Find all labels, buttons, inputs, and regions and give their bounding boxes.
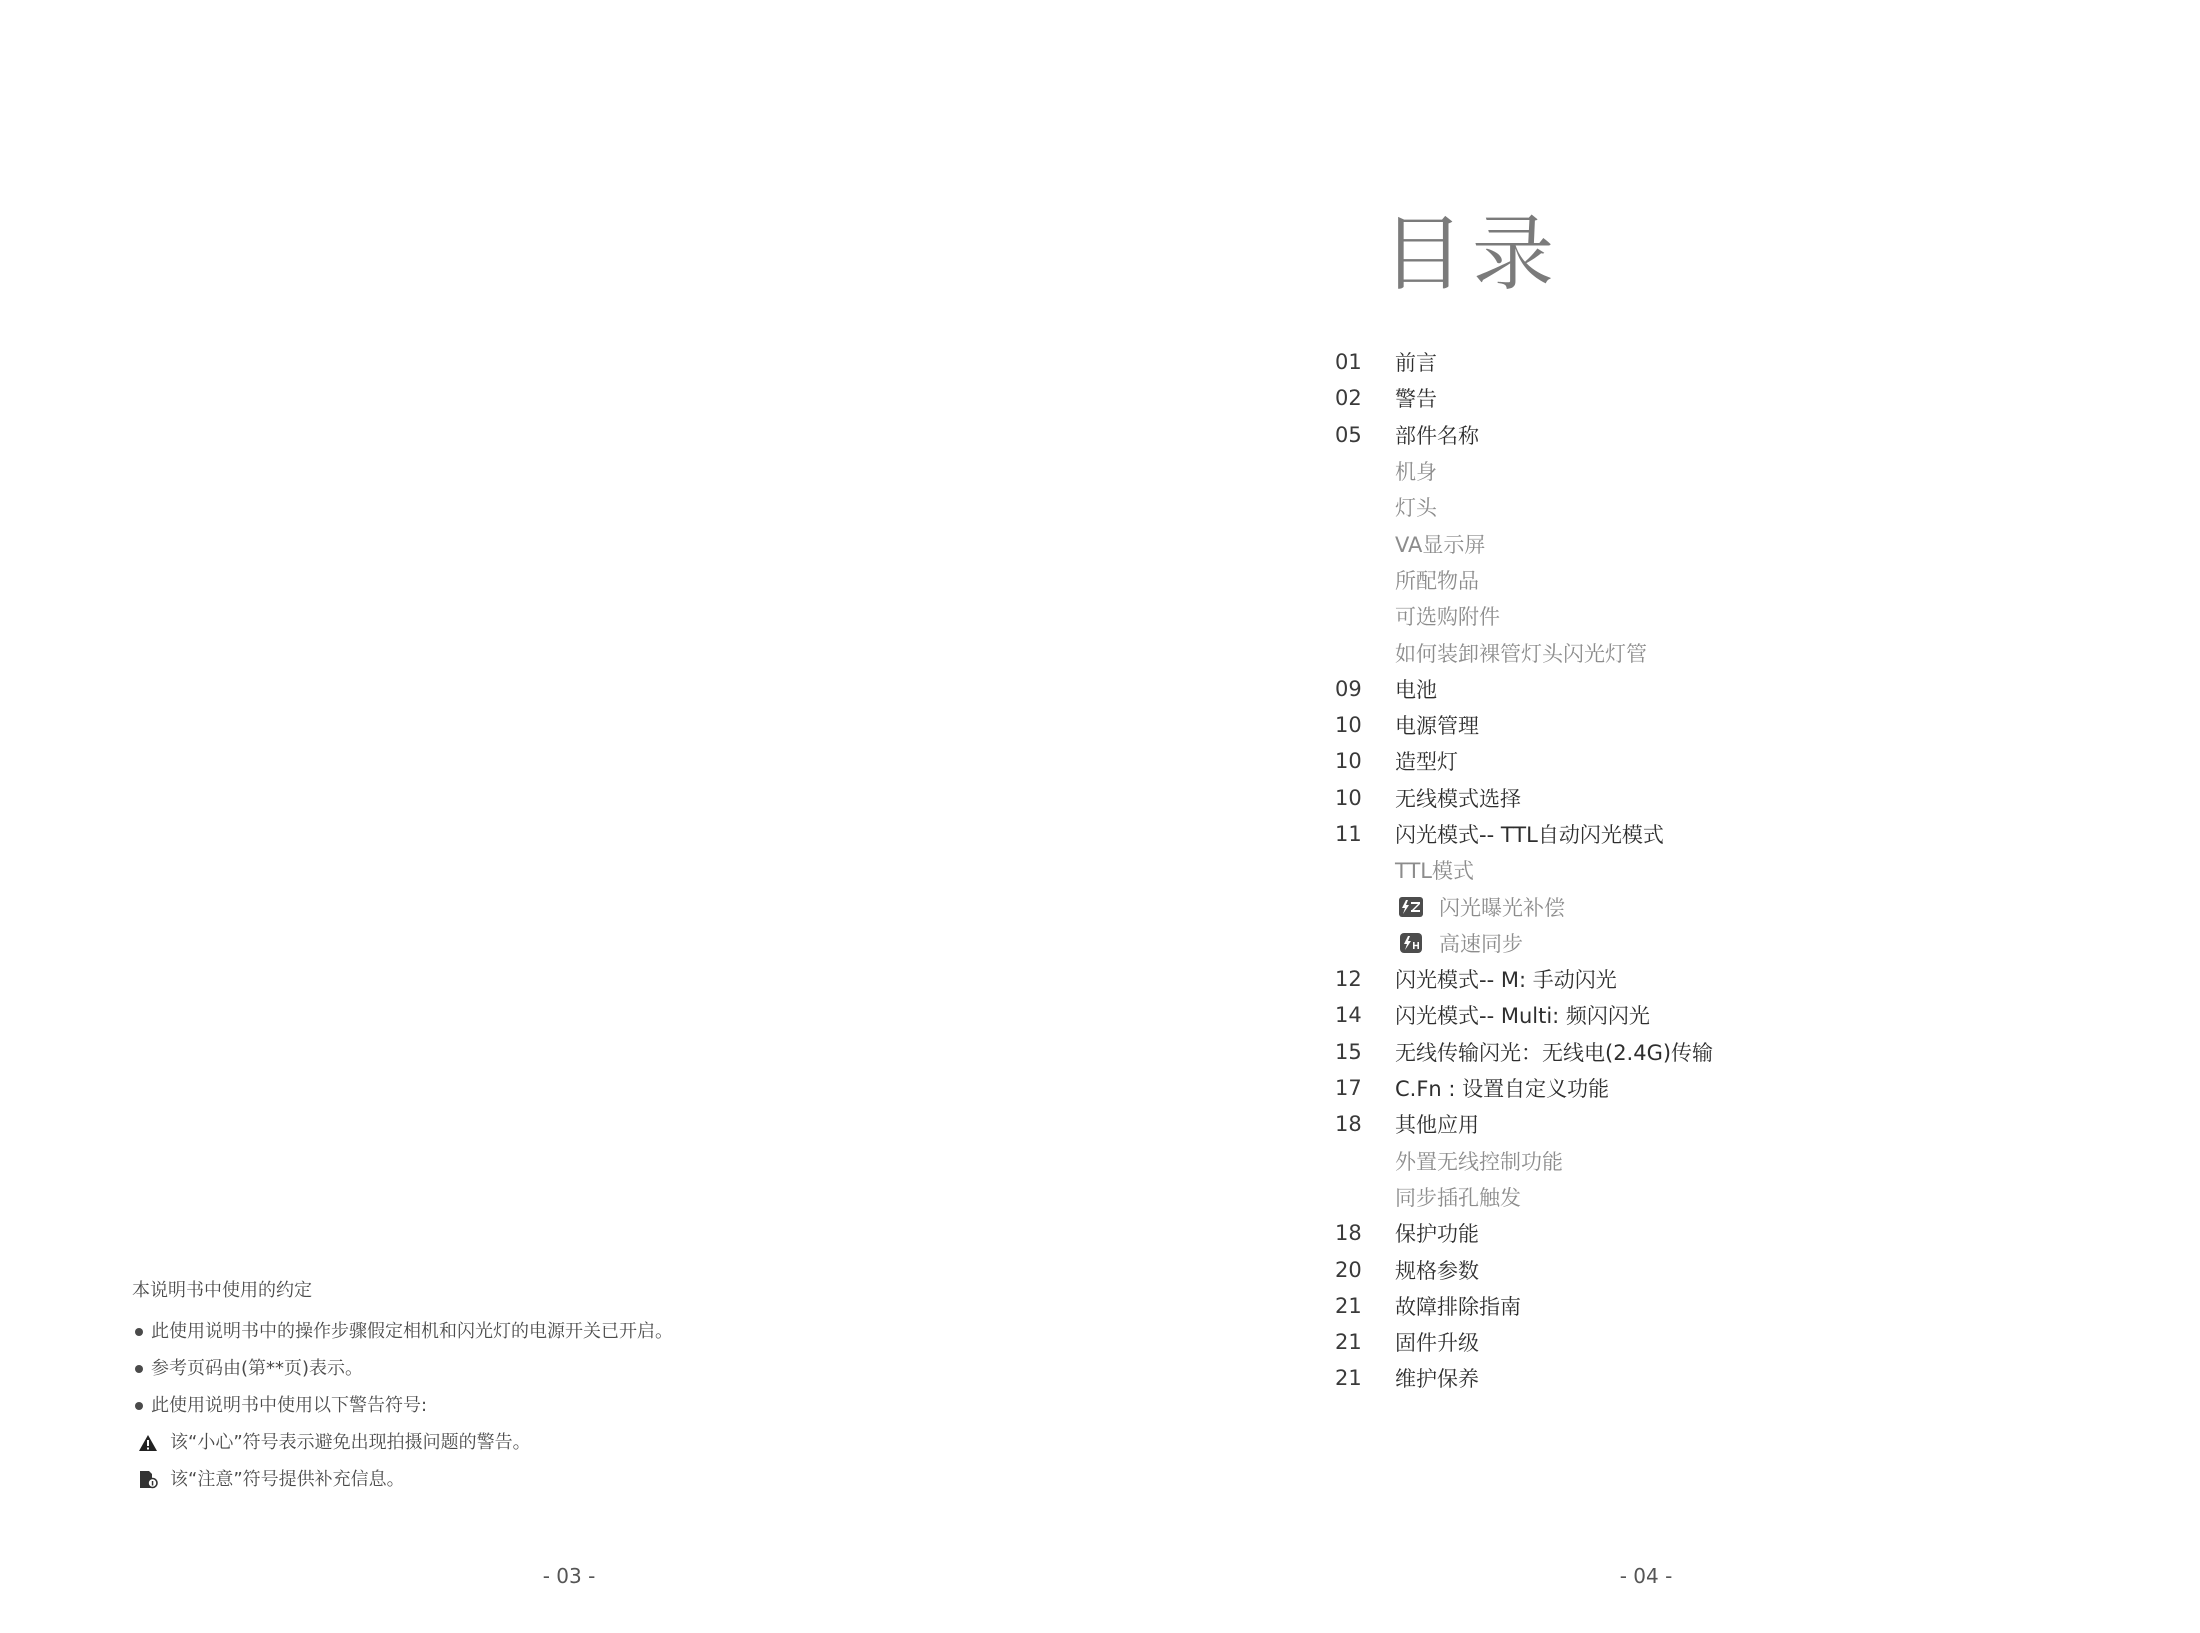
toc-title: 目录 (1382, 200, 1562, 310)
toc-subentry[interactable]: 所配物品 (1335, 562, 2035, 598)
toc-label: 闪光模式-- M: 手动闪光 (1395, 964, 1617, 994)
toc-label: 高速同步 (1439, 928, 1523, 958)
toc-page-number: 18 (1335, 1112, 1395, 1136)
toc-page-number: 02 (1335, 386, 1395, 410)
manual-conventions: 本说明书中使用的约定 此使用说明书中的操作步骤假定相机和闪光灯的电源开关已开启。… (132, 1276, 673, 1498)
toc-subentry[interactable]: 灯头 (1335, 489, 2035, 525)
toc-label: TTL模式 (1395, 855, 1474, 885)
toc-label: 闪光模式-- Multi: 频闪闪光 (1395, 1000, 1650, 1030)
toc-page-number: 20 (1335, 1258, 1395, 1282)
toc-entry[interactable]: 20 规格参数 (1335, 1251, 2035, 1287)
high-speed-sync-icon (1399, 933, 1423, 953)
symbol-caution-text: 该“小心”符号表示避免出现拍摄问题的警告。 (170, 1424, 531, 1461)
toc-entry[interactable]: 21 固件升级 (1335, 1324, 2035, 1360)
toc-entry[interactable]: 21 维护保养 (1335, 1360, 2035, 1396)
toc-label: 同步插孔触发 (1395, 1182, 1521, 1212)
toc-entry[interactable]: 10 造型灯 (1335, 743, 2035, 779)
convention-text: 参考页码由(第**页)表示。 (151, 1350, 363, 1387)
toc-entry[interactable]: 15 无线传输闪光：无线电(2.4G)传输 (1335, 1034, 2035, 1070)
toc-label: C.Fn : 设置自定义功能 (1395, 1073, 1609, 1103)
toc-label: 故障排除指南 (1395, 1291, 1521, 1321)
toc-entry[interactable]: 12 闪光模式-- M: 手动闪光 (1335, 961, 2035, 997)
toc-label: 电池 (1395, 674, 1437, 704)
toc-page-number: 09 (1335, 677, 1395, 701)
toc-subentry[interactable]: 外置无线控制功能 (1335, 1143, 2035, 1179)
toc-subentry[interactable]: 同步插孔触发 (1335, 1179, 2035, 1215)
toc-label: 维护保养 (1395, 1363, 1479, 1393)
toc-subentry[interactable]: 机身 (1335, 453, 2035, 489)
convention-bullet: 参考页码由(第**页)表示。 (132, 1350, 673, 1387)
toc-page-number: 12 (1335, 967, 1395, 991)
toc-label: 外置无线控制功能 (1395, 1146, 1563, 1176)
toc-page-number: 21 (1335, 1330, 1395, 1354)
toc-subentry[interactable]: 如何装卸裸管灯头闪光灯管 (1335, 634, 2035, 670)
toc-page-number: 10 (1335, 749, 1395, 773)
toc-entry[interactable]: 02 警告 (1335, 380, 2035, 416)
toc-entry[interactable]: 18 保护功能 (1335, 1215, 2035, 1251)
toc-page-number: 14 (1335, 1003, 1395, 1027)
symbol-note-row: 该“注意”符号提供补充信息。 (132, 1461, 673, 1498)
convention-bullet: 此使用说明书中使用以下警告符号: (132, 1387, 673, 1424)
toc-page-number: 18 (1335, 1221, 1395, 1245)
toc-page-number: 10 (1335, 713, 1395, 737)
convention-text: 此使用说明书中的操作步骤假定相机和闪光灯的电源开关已开启。 (151, 1313, 673, 1350)
toc-subentry[interactable]: 高速同步 (1335, 925, 2035, 961)
toc-page-number: 10 (1335, 786, 1395, 810)
symbol-caution-row: 该“小心”符号表示避免出现拍摄问题的警告。 (132, 1424, 673, 1461)
toc-label: 规格参数 (1395, 1255, 1479, 1285)
toc-label: 闪光模式-- TTL自动闪光模式 (1395, 819, 1664, 849)
toc-label: 无线传输闪光：无线电(2.4G)传输 (1395, 1037, 1713, 1067)
bullet-dot-icon (135, 1402, 143, 1410)
toc-label: 警告 (1395, 383, 1437, 413)
toc-label: 部件名称 (1395, 420, 1479, 450)
toc-label: 固件升级 (1395, 1327, 1479, 1357)
toc-page-number: 05 (1335, 423, 1395, 447)
toc-entry[interactable]: 11 闪光模式-- TTL自动闪光模式 (1335, 816, 2035, 852)
bullet-dot-icon (135, 1328, 143, 1336)
toc-label: 可选购附件 (1395, 601, 1500, 631)
flash-exposure-compensation-icon (1399, 897, 1423, 917)
toc-subentry[interactable]: 闪光曝光补偿 (1335, 888, 2035, 924)
toc-subentry[interactable]: TTL模式 (1335, 852, 2035, 888)
symbol-note-text: 该“注意”符号提供补充信息。 (170, 1461, 405, 1498)
toc-entry[interactable]: 17 C.Fn : 设置自定义功能 (1335, 1070, 2035, 1106)
toc-entry[interactable]: 18 其他应用 (1335, 1106, 2035, 1142)
toc-entry[interactable]: 01 前言 (1335, 344, 2035, 380)
toc-page-number: 21 (1335, 1366, 1395, 1390)
toc-label: 灯头 (1395, 492, 1437, 522)
toc-entry[interactable]: 10 无线模式选择 (1335, 780, 2035, 816)
toc-page-number: 01 (1335, 350, 1395, 374)
toc-entry[interactable]: 14 闪光模式-- Multi: 频闪闪光 (1335, 997, 2035, 1033)
toc-entry[interactable]: 09 电池 (1335, 671, 2035, 707)
toc-page-number: 11 (1335, 822, 1395, 846)
toc-label: 所配物品 (1395, 565, 1479, 595)
page-03: 本说明书中使用的约定 此使用说明书中的操作步骤假定相机和闪光灯的电源开关已开启。… (0, 0, 1100, 1633)
convention-bullet: 此使用说明书中的操作步骤假定相机和闪光灯的电源开关已开启。 (132, 1313, 673, 1350)
conventions-heading: 本说明书中使用的约定 (132, 1276, 673, 1306)
toc-label: 机身 (1395, 456, 1437, 486)
table-of-contents: 01 前言 02 警告 05 部件名称 机身 灯头 VA显示屏 所配物品 可选购… (1335, 344, 2035, 1397)
toc-label: 如何装卸裸管灯头闪光灯管 (1395, 638, 1647, 668)
toc-entry[interactable]: 05 部件名称 (1335, 417, 2035, 453)
note-info-icon (138, 1470, 158, 1490)
page-number: - 03 - (543, 1563, 596, 1589)
toc-label: 电源管理 (1395, 710, 1479, 740)
toc-entry[interactable]: 10 电源管理 (1335, 707, 2035, 743)
toc-page-number: 17 (1335, 1076, 1395, 1100)
toc-label: 其他应用 (1395, 1109, 1479, 1139)
convention-text: 此使用说明书中使用以下警告符号: (151, 1387, 427, 1424)
toc-page-number: 21 (1335, 1294, 1395, 1318)
toc-label: 无线模式选择 (1395, 783, 1521, 813)
toc-label: 保护功能 (1395, 1218, 1479, 1248)
toc-subentry[interactable]: VA显示屏 (1335, 525, 2035, 561)
toc-label: 闪光曝光补偿 (1439, 892, 1565, 922)
toc-label: 前言 (1395, 347, 1437, 377)
toc-page-number: 15 (1335, 1040, 1395, 1064)
toc-subentry[interactable]: 可选购附件 (1335, 598, 2035, 634)
toc-label: VA显示屏 (1395, 529, 1485, 559)
bullet-dot-icon (135, 1365, 143, 1373)
toc-entry[interactable]: 21 故障排除指南 (1335, 1288, 2035, 1324)
warning-triangle-icon (138, 1433, 158, 1453)
toc-label: 造型灯 (1395, 746, 1458, 776)
page-number: - 04 - (1620, 1563, 1673, 1589)
